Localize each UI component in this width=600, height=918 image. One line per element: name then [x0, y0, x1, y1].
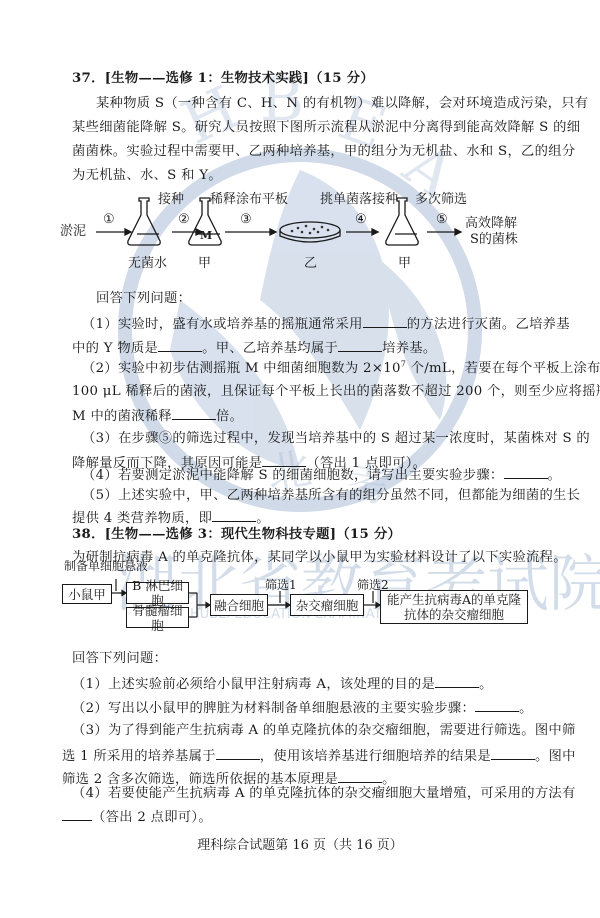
flask-2-mark: M	[200, 228, 212, 243]
step-1-marker: ①	[103, 212, 115, 227]
answer-blank[interactable]	[338, 338, 382, 352]
source-label: 淤泥	[60, 224, 86, 239]
q37-intro-line4: 为无机盐、水、S 和 Y。	[72, 167, 222, 185]
answer-blank[interactable]	[475, 698, 519, 712]
flask-2-label: 甲	[198, 256, 211, 271]
answer-blank[interactable]	[363, 314, 407, 328]
answer-blank[interactable]	[491, 746, 535, 760]
b-cell-box: B 淋巴细胞	[126, 582, 189, 604]
fused-cell-box: 融合细胞	[210, 594, 268, 616]
step-3-marker: ③	[240, 212, 252, 227]
q37-question-1-line2: 中的 Y 物质是。甲、乙培养基均属于培养基。	[72, 338, 436, 358]
hybridoma-box: 杂交瘤细胞	[290, 594, 364, 616]
prepare-suspension-label: 制备单细胞悬液	[64, 559, 148, 574]
step-4-marker: ④	[355, 212, 367, 227]
q38-question-2: （2）写出以小鼠甲的脾脏为材料制备单细胞悬液的主要实验步骤：。	[72, 698, 533, 718]
step-2-label: 接种	[158, 192, 184, 207]
result-label-line2: S的菌株	[470, 232, 518, 247]
q38-prompt: 回答下列问题：	[72, 650, 167, 668]
q37-flow-diagram: 淤泥 ① 无菌水 接种 ② M 甲 稀释涂布平板 ③ 乙 挑单菌落接种 ④ 甲 …	[60, 190, 560, 280]
q37-question-1-line1: （1）实验时，盛有水或培养基的摇瓶通常采用的方法进行灭菌。乙培养基	[82, 314, 570, 334]
result-label-line1: 高效降解	[465, 216, 517, 231]
q38-question-1: （1）上述实验前必须给小鼠甲注射病毒 A，该处理的目的是。	[72, 674, 493, 694]
q37-intro-line1: 某种物质 S（一种含有 C、H、N 的有机物）难以降解，会对环境造成污染，只有	[96, 95, 588, 113]
answer-blank[interactable]	[504, 465, 548, 479]
q37-question-4: （4）若要测定淤泥中能降解 S 的细菌细胞数，请写出主要实验步骤：。	[82, 465, 561, 485]
plate-label: 乙	[304, 256, 317, 271]
screen-1-label: 筛选1	[265, 578, 297, 593]
q38-question-3-line2: 选 1 所采用的培养基属于，使用该培养基进行细胞培养的结果是。图中	[62, 746, 576, 766]
step-5-label: 多次筛选	[415, 192, 467, 207]
q37-question-2-line2: 100 μL 稀释后的菌液，且保证每个平板上长出的菌落数不超过 200 个，则至…	[72, 383, 600, 401]
q38-header: 38．[生物——选修 3：现代生物科技专题]（15 分）	[72, 526, 401, 544]
answer-blank[interactable]	[216, 746, 260, 760]
q37-intro-line3: 菌菌株。实验过程中需要甲、乙两种培养基，甲的组分为无机盐、水和 S，乙的组分	[72, 143, 575, 161]
flask-3-label: 甲	[398, 256, 411, 271]
q37-question-5-line1: （5）上述实验中，甲、乙两种培养基所含有的组分虽然不同，但都能为细菌的生长	[82, 487, 580, 505]
q38-question-4-line1: （4）若要使能产生抗病毒 A 的单克隆抗体的杂交瘤细胞大量增殖，可采用的方法有	[72, 785, 576, 803]
answer-blank[interactable]	[158, 338, 202, 352]
myeloma-box: 骨髓瘤细胞	[126, 607, 189, 628]
q37-intro-line2: 某些细菌能降解 S。研究人员按照下图所示流程从淤泥中分离得到能高效降解 S 的细	[72, 119, 580, 137]
q37-question-2-line1: （2）实验中初步估测摇瓶 M 中细菌细胞数为 2×107 个/mL，若要在每个平…	[82, 360, 600, 378]
q37-prompt: 回答下列问题：	[96, 290, 191, 308]
answer-blank[interactable]	[212, 508, 256, 522]
q37-question-3-line1: （3）在步骤⑤的筛选过程中，发现当培养基中的 S 超过某一浓度时，某菌株对 S …	[82, 430, 590, 448]
q38-flow-diagram: 制备单细胞悬液 小鼠甲 B 淋巴细胞 骨髓瘤细胞 融合细胞 筛选1 杂交瘤细胞 …	[60, 565, 560, 645]
answer-blank[interactable]	[435, 674, 479, 688]
final-hybridoma-box: 能产生抗病毒A的单克隆 抗体的杂交瘤细胞	[380, 590, 528, 624]
q38-question-3-line1: （3）为了得到能产生抗病毒 A 的单克隆抗体的杂交瘤细胞，需要进行筛选。图中筛	[72, 722, 576, 740]
q37-question-2-line3: M 中的菌液稀释倍。	[72, 406, 243, 426]
step-3-label: 稀释涂布平板	[210, 192, 288, 207]
q37-question-5-line2: 提供 4 类营养物质，即。	[72, 508, 270, 528]
step-4-label: 挑单菌落接种	[320, 192, 398, 207]
mouse-box: 小鼠甲	[62, 584, 112, 604]
answer-blank[interactable]	[62, 807, 92, 821]
page-footer: 理科综合试题第 16 页（共 16 页）	[0, 834, 600, 853]
step-2-marker: ②	[178, 212, 190, 227]
flask-1-label: 无菌水	[128, 256, 167, 271]
step-5-marker: ⑤	[436, 212, 448, 227]
answer-blank[interactable]	[338, 769, 382, 783]
q37-header: 37．[生物——选修 1：生物技术实践]（15 分）	[72, 70, 374, 88]
answer-blank[interactable]	[172, 406, 216, 420]
q38-question-4-line2: （答出 2 点即可）。	[62, 807, 212, 827]
